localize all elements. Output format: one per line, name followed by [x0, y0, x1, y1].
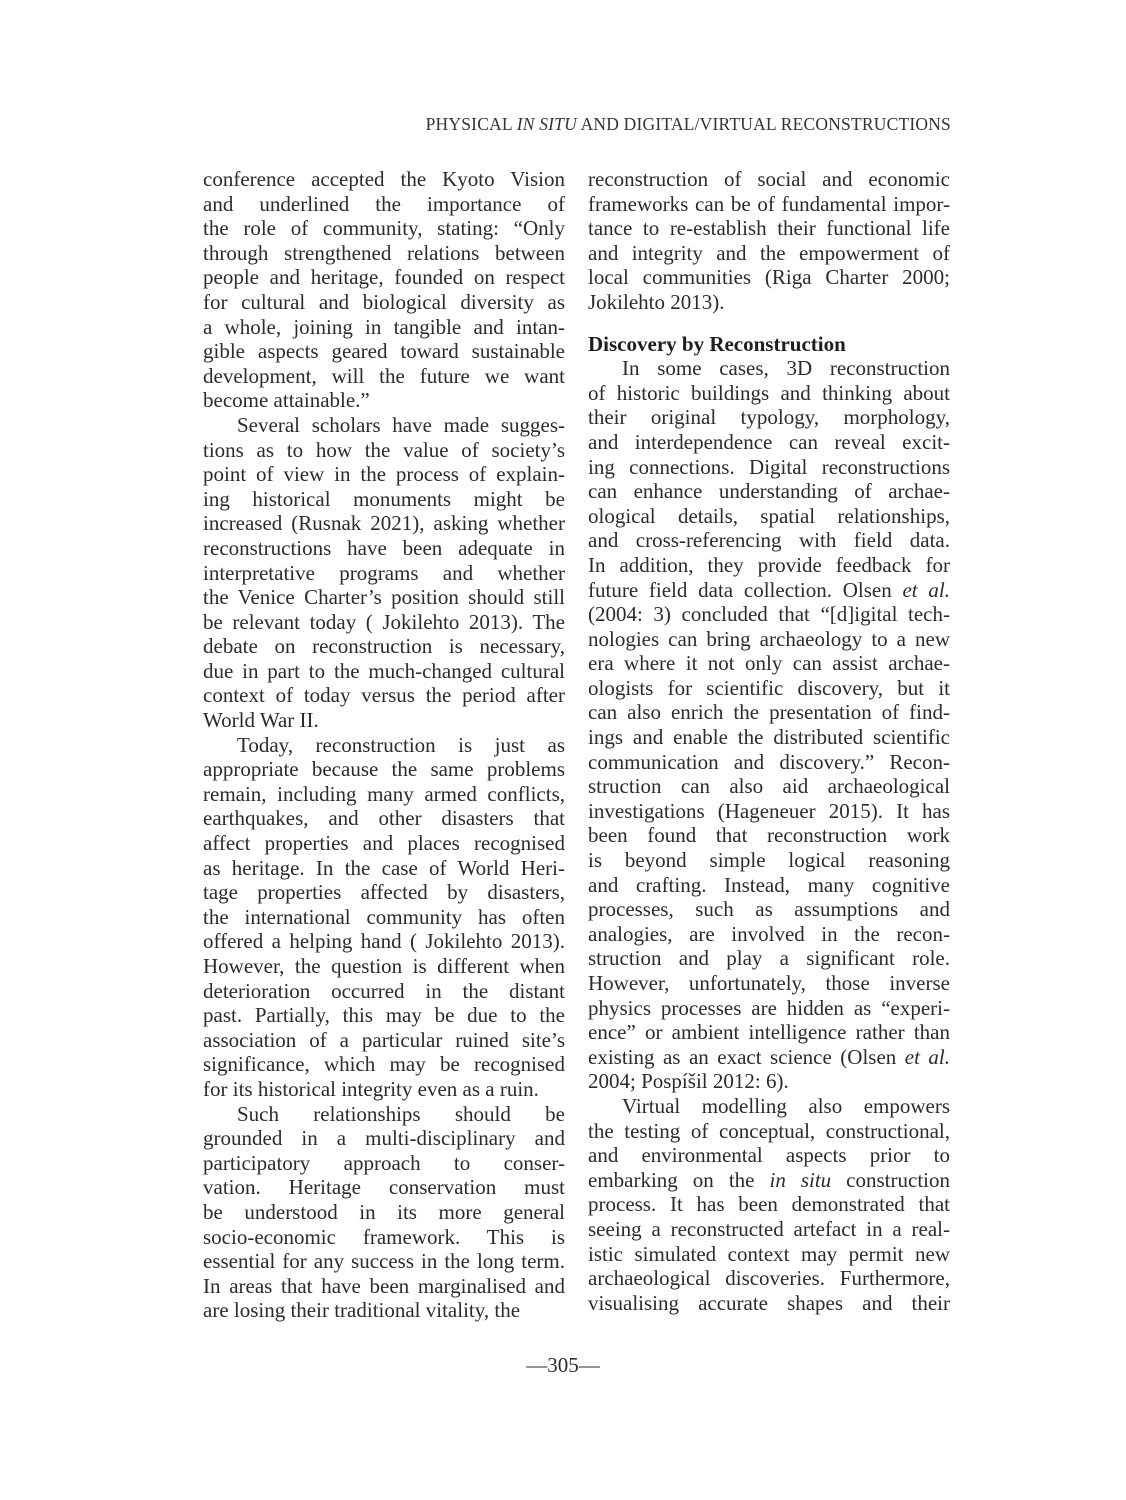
text-line: essential for any success in the long te… — [203, 1249, 565, 1274]
text-line: era where it not only can assist archae- — [588, 651, 950, 676]
text-line: remain, including many armed conflicts, — [203, 782, 565, 807]
text-line: of historic buildings and thinking about — [588, 381, 950, 406]
text-line: and interdependence can reveal excit- — [588, 430, 950, 455]
text-line: debate on reconstruction is necessary, — [203, 634, 565, 659]
text-line: appropriate because the same problems — [203, 757, 565, 782]
text-line: Virtual modelling also empowers — [588, 1094, 950, 1119]
text-line: In addition, they provide feedback for — [588, 553, 950, 578]
left-column: conference accepted the Kyoto Visionand … — [203, 167, 565, 1323]
left-paragraph: Such relationships should begrounded in … — [203, 1102, 565, 1323]
text-line: and crafting. Instead, many cognitive — [588, 873, 950, 898]
text-line: seeing a reconstructed artefact in a rea… — [588, 1217, 950, 1242]
text-fragment: construction — [831, 1168, 950, 1192]
text-line: be relevant today ( Jokilehto 2013). The — [203, 610, 565, 635]
text-line: tance to re-establish their functional l… — [588, 216, 950, 241]
text-line: processes, such as assumptions and — [588, 897, 950, 922]
text-fragment: future field data collection. Olsen — [588, 578, 902, 602]
left-paragraph: conference accepted the Kyoto Visionand … — [203, 167, 565, 413]
italic-et-al: et al. — [902, 578, 950, 602]
left-paragraph: Today, reconstruction is just asappropri… — [203, 733, 565, 1102]
text-line: 2004; Pospíšil 2012: 6). — [588, 1069, 950, 1094]
running-head-prefix: PHYSICAL — [426, 114, 517, 134]
section-heading: Discovery by Reconstruction — [588, 332, 950, 357]
left-paragraph: Several scholars have made sugges-tions … — [203, 413, 565, 733]
text-line: affect properties and places recognised — [203, 831, 565, 856]
text-line: gible aspects geared toward sustainable — [203, 339, 565, 364]
text-line: future field data collection. Olsen et a… — [588, 578, 950, 603]
text-line: the Venice Charter’s position should sti… — [203, 585, 565, 610]
text-line: World War II. — [203, 708, 565, 733]
text-line: are losing their traditional vitality, t… — [203, 1298, 565, 1323]
text-line: ing connections. Digital reconstructions — [588, 455, 950, 480]
text-line: (2004: 3) concluded that “[d]igital tech… — [588, 602, 950, 627]
right-intro-paragraph: reconstruction of social and economicfra… — [588, 167, 950, 315]
text-line: due in part to the much-changed cultural — [203, 659, 565, 684]
running-head: PHYSICAL IN SITU AND DIGITAL/VIRTUAL REC… — [300, 114, 951, 135]
text-line: is beyond simple logical reasoning — [588, 848, 950, 873]
text-line: people and heritage, founded on respect — [203, 265, 565, 290]
text-line: conference accepted the Kyoto Vision — [203, 167, 565, 192]
text-line: interpretative programs and whether — [203, 561, 565, 586]
text-line: can also enrich the presentation of find… — [588, 700, 950, 725]
text-line: earthquakes, and other disasters that — [203, 806, 565, 831]
page-number: —305— — [0, 1353, 1126, 1378]
text-line: the role of community, stating: “Only — [203, 216, 565, 241]
text-line: embarking on the in situ construction — [588, 1168, 950, 1193]
text-line: and underlined the importance of — [203, 192, 565, 217]
text-line: increased (Rusnak 2021), asking whether — [203, 511, 565, 536]
text-line: context of today versus the period after — [203, 683, 565, 708]
text-line: been found that reconstruction work — [588, 823, 950, 848]
text-line: point of view in the process of explain- — [203, 462, 565, 487]
text-line: Today, reconstruction is just as — [203, 733, 565, 758]
text-line: nologies can bring archaeology to a new — [588, 627, 950, 652]
text-line: physics processes are hidden as “experi- — [588, 996, 950, 1021]
text-line: ing historical monuments might be — [203, 487, 565, 512]
text-line: and cross-referencing with field data. — [588, 528, 950, 553]
text-line: deterioration occurred in the distant — [203, 979, 565, 1004]
text-line: investigations (Hageneuer 2015). It has — [588, 799, 950, 824]
right-column: reconstruction of social and economicfra… — [588, 167, 950, 1315]
text-line: ings and enable the distributed scientif… — [588, 725, 950, 750]
text-line: visualising accurate shapes and their — [588, 1291, 950, 1316]
text-line: ologists for scientific discovery, but i… — [588, 676, 950, 701]
text-line: past. Partially, this may be due to the — [203, 1003, 565, 1028]
text-fragment: embarking on the — [588, 1168, 769, 1192]
text-line: vation. Heritage conservation must — [203, 1175, 565, 1200]
text-line: socio-economic framework. This is — [203, 1225, 565, 1250]
italic-term: in situ — [769, 1168, 831, 1192]
text-line: process. It has been demonstrated that — [588, 1192, 950, 1217]
text-line: development, will the future we want — [203, 364, 565, 389]
text-line: for cultural and biological diversity as — [203, 290, 565, 315]
text-line: ence” or ambient intelligence rather tha… — [588, 1020, 950, 1045]
italic-et-al: et al. — [905, 1045, 950, 1069]
text-line: archaeological discoveries. Furthermore, — [588, 1266, 950, 1291]
text-line: participatory approach to conser- — [203, 1151, 565, 1176]
text-line: istic simulated context may permit new — [588, 1242, 950, 1267]
text-line: existing as an exact science (Olsen et a… — [588, 1045, 950, 1070]
text-line: tions as to how the value of society’s — [203, 438, 565, 463]
text-line: can enhance understanding of archae- — [588, 479, 950, 504]
running-head-italic: IN SITU — [517, 114, 577, 134]
text-line: offered a helping hand ( Jokilehto 2013)… — [203, 929, 565, 954]
text-line: In areas that have been marginalised and — [203, 1274, 565, 1299]
text-line: association of a particular ruined site’… — [203, 1028, 565, 1053]
text-line: and integrity and the empowerment of — [588, 241, 950, 266]
running-head-suffix: AND DIGITAL/VIRTUAL RECONSTRUCTIONS — [577, 114, 951, 134]
text-line: However, the question is different when — [203, 954, 565, 979]
text-line: a whole, joining in tangible and intan- — [203, 315, 565, 340]
text-line: their original typology, morphology, — [588, 405, 950, 430]
text-line: local communities (Riga Charter 2000; — [588, 265, 950, 290]
text-line: reconstruction of social and economic — [588, 167, 950, 192]
text-fragment: existing as an exact science (Olsen — [588, 1045, 905, 1069]
text-line: ological details, spatial relationships, — [588, 504, 950, 529]
text-line: be understood in its more general — [203, 1200, 565, 1225]
right-paragraph-2: Virtual modelling also empowers the test… — [588, 1094, 950, 1315]
text-line: as heritage. In the case of World Heri- — [203, 856, 565, 881]
text-line: the international community has often — [203, 905, 565, 930]
text-line: reconstructions have been adequate in — [203, 536, 565, 561]
text-line: struction and play a significant role. — [588, 946, 950, 971]
text-line: Several scholars have made sugges- — [203, 413, 565, 438]
text-line: tage properties affected by disasters, — [203, 880, 565, 905]
text-line: Jokilehto 2013). — [588, 290, 950, 315]
text-line: In some cases, 3D reconstruction — [588, 356, 950, 381]
text-line: However, unfortunately, those inverse — [588, 971, 950, 996]
right-paragraph-1: In some cases, 3D reconstructionof histo… — [588, 356, 950, 1094]
text-line: the testing of conceptual, constructiona… — [588, 1119, 950, 1144]
text-line: Such relationships should be — [203, 1102, 565, 1127]
text-line: and environmental aspects prior to — [588, 1143, 950, 1168]
text-line: significance, which may be recognised — [203, 1052, 565, 1077]
text-line: become attainable.” — [203, 388, 565, 413]
text-line: struction can also aid archaeological — [588, 774, 950, 799]
text-line: frameworks can be of fundamental impor- — [588, 192, 950, 217]
text-line: communication and discovery.” Recon- — [588, 750, 950, 775]
text-line: grounded in a multi-disciplinary and — [203, 1126, 565, 1151]
text-line: analogies, are involved in the recon- — [588, 922, 950, 947]
text-line: through strengthened relations between — [203, 241, 565, 266]
text-line: for its historical integrity even as a r… — [203, 1077, 565, 1102]
